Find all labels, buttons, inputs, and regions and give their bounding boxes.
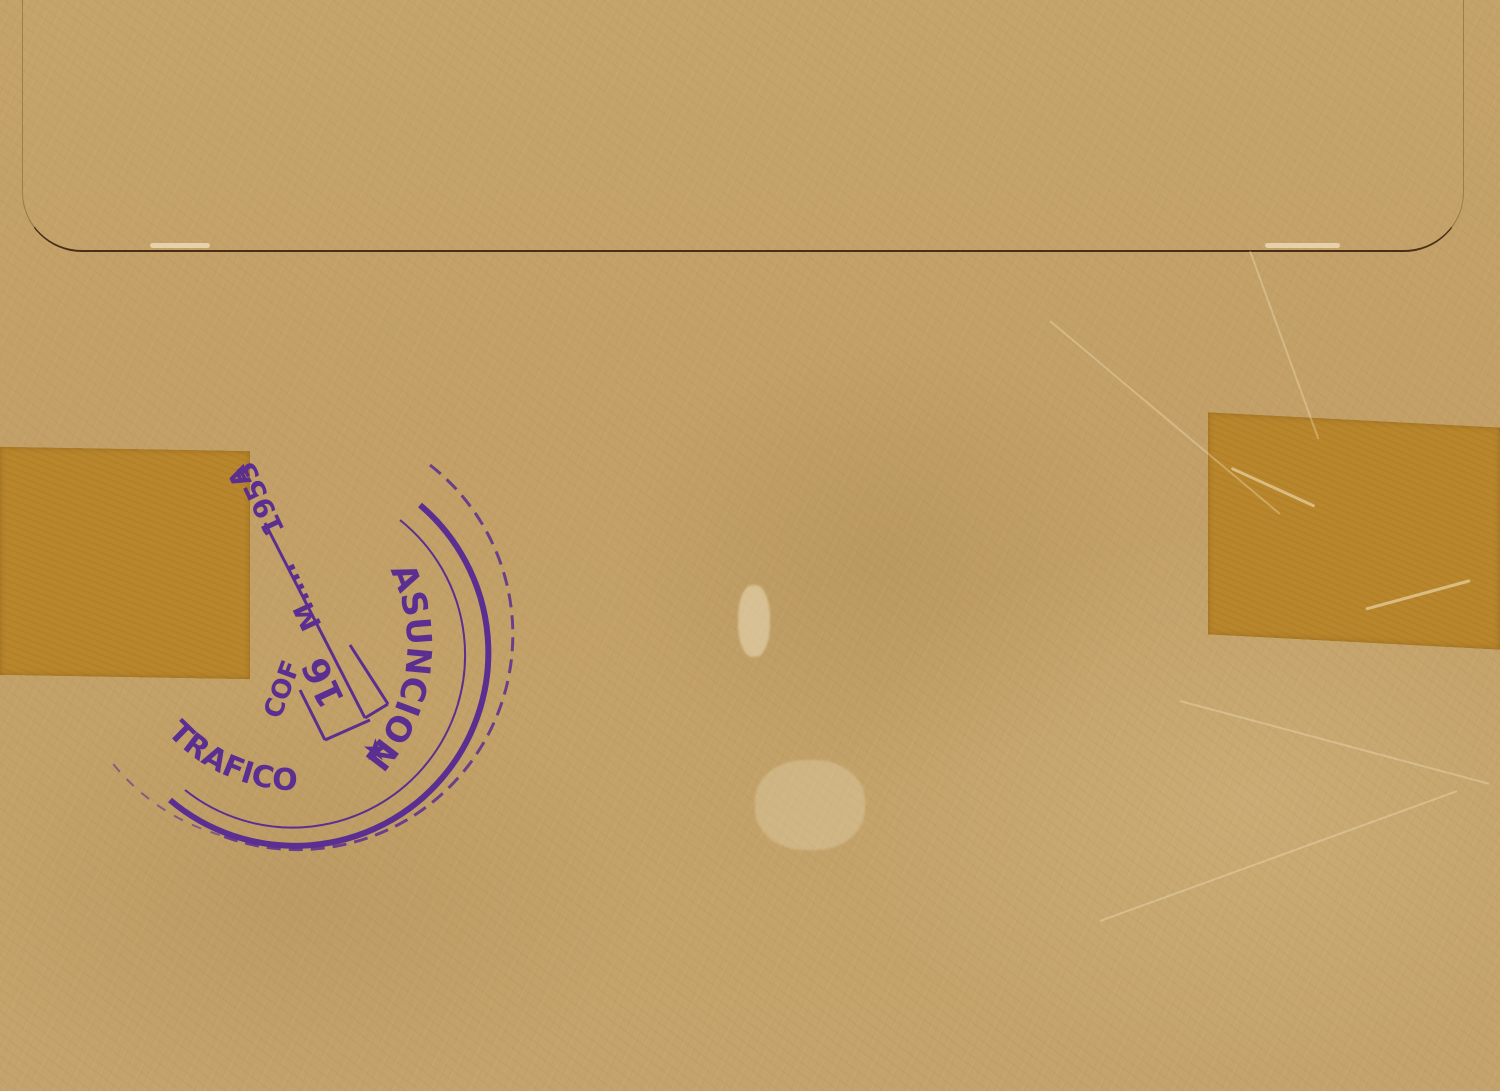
tape-crease: [1365, 579, 1471, 610]
flap-edge-wear: [150, 243, 210, 248]
envelope-back: 16 M.... 1953 A COF ASUNCION TRAFICO ★: [0, 0, 1500, 1091]
postmark-day: 16: [295, 651, 353, 714]
envelope-flap: [22, 0, 1464, 252]
postmark-office: COF: [258, 657, 306, 723]
paper-scuff: [755, 760, 865, 850]
tape-crease: [1231, 467, 1316, 508]
postmark: 16 M.... 1953 A COF ASUNCION TRAFICO ★: [100, 440, 540, 870]
paper-scuff: [738, 585, 770, 657]
postmark-month: M....: [269, 558, 329, 636]
postmark-star: ★: [362, 733, 389, 768]
postmark-ring-bottom: TRAFICO: [161, 714, 299, 799]
paper-crease: [1180, 700, 1490, 785]
paper-crease: [1100, 790, 1458, 922]
flap-edge-wear: [1265, 243, 1340, 248]
postmark-stamp: 16 M.... 1953 A COF ASUNCION TRAFICO ★: [100, 440, 540, 870]
paper-crease: [1249, 251, 1319, 440]
tape-strip-right: [1208, 412, 1500, 649]
